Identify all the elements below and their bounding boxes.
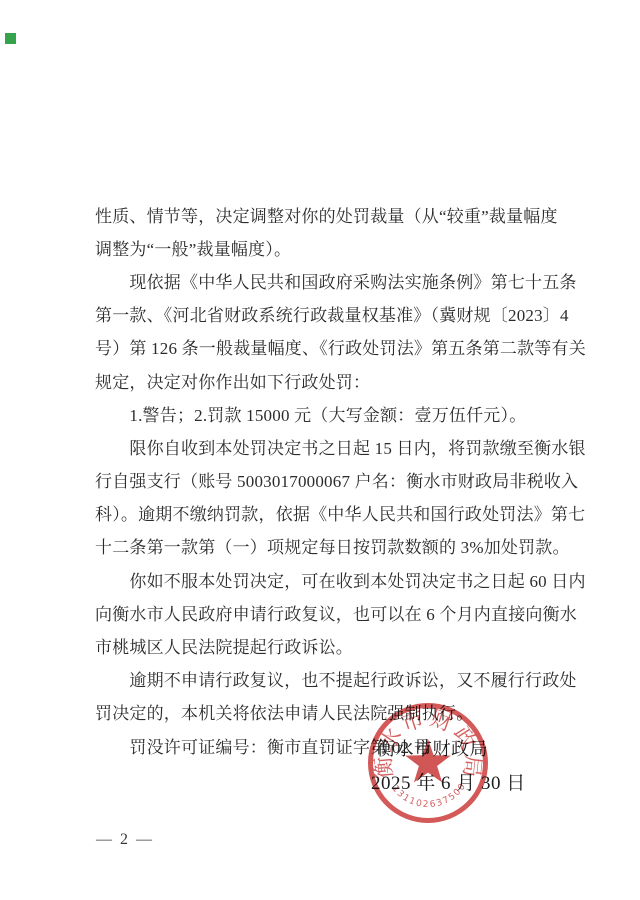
document-line: 十二条第一款第（一）项规定每日按罚款数额的 3%加处罚款。 bbox=[95, 531, 555, 564]
document-body: 性质、情节等，决定调整对你的处罚裁量（从“较重”裁量幅度调整为“一般”裁量幅度）… bbox=[95, 100, 555, 764]
document-line: 市桃城区人民法院提起行政诉讼。 bbox=[95, 631, 555, 664]
seal-serial-number: 1311026375004 bbox=[348, 683, 469, 810]
seal-star-icon bbox=[405, 739, 451, 782]
document-line: 向衡水市人民政府申请行政复议，也可以在 6 个月内直接向衡水 bbox=[95, 598, 555, 631]
document-line: 你如不服本处罚决定，可在收到本处罚决定书之日起 60 日内 bbox=[95, 565, 555, 598]
document-line: 调整为“一般”裁量幅度）。 bbox=[95, 233, 555, 266]
page-number: — 2 — bbox=[96, 831, 154, 849]
green-corner-mark bbox=[5, 33, 16, 44]
document-line: 第一款、《河北省财政系统行政裁量权基准》（冀财规〔2023〕4 bbox=[95, 299, 555, 332]
official-seal: 衡水市财政局 1311026375004 bbox=[348, 683, 508, 843]
document-line: 现依据《中华人民共和国政府采购法实施条例》第七十五条 bbox=[95, 266, 555, 299]
document-line: 1.警告；2.罚款 15000 元（大写金额：壹万伍仟元）。 bbox=[95, 399, 555, 432]
document-line: 性质、情节等，决定调整对你的处罚裁量（从“较重”裁量幅度 bbox=[95, 200, 555, 233]
document-line: 限你自收到本处罚决定书之日起 15 日内，将罚款缴至衡水银 bbox=[95, 432, 555, 465]
document-line: 规定，决定对你作出如下行政处罚： bbox=[95, 366, 555, 399]
scanned-document-page: 性质、情节等，决定调整对你的处罚裁量（从“较重”裁量幅度调整为“一般”裁量幅度）… bbox=[0, 0, 640, 900]
document-line: 科）。逾期不缴纳罚款，依据《中华人民共和国行政处罚法》第七 bbox=[95, 498, 555, 531]
document-line: 行自强支行（账号 5003017000067 户名：衡水市财政局非税收入 bbox=[95, 465, 555, 498]
document-line: 号）第 126 条一般裁量幅度、《行政处罚法》第五条第二款等有关 bbox=[95, 332, 555, 365]
